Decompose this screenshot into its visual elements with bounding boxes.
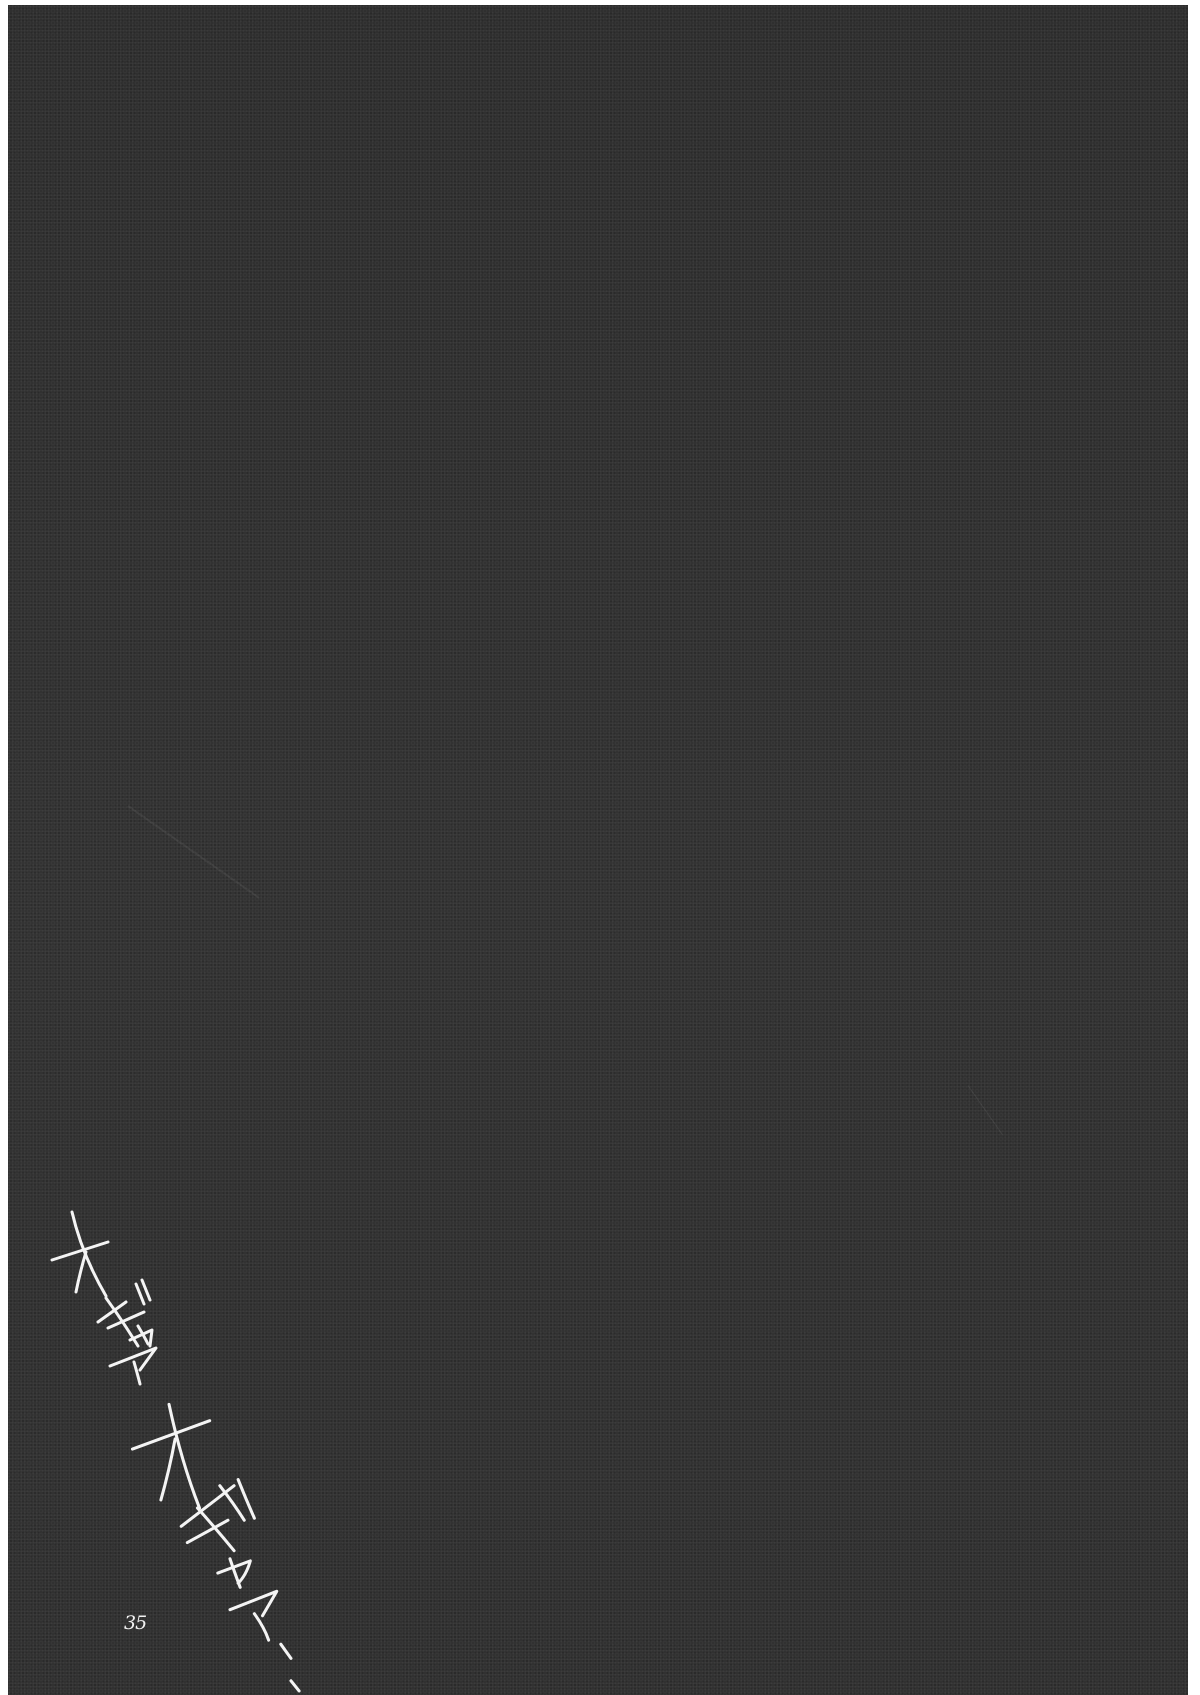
handwritten-lettering	[40, 1200, 300, 1400]
scan-scratch	[127, 805, 259, 898]
sound-effect-2: オギャア、、	[120, 1380, 340, 1695]
handwritten-lettering	[120, 1380, 340, 1695]
scan-scratch	[968, 1085, 1003, 1135]
page-number: 35	[124, 1612, 146, 1634]
sound-effect-1: オギャア	[40, 1200, 300, 1400]
